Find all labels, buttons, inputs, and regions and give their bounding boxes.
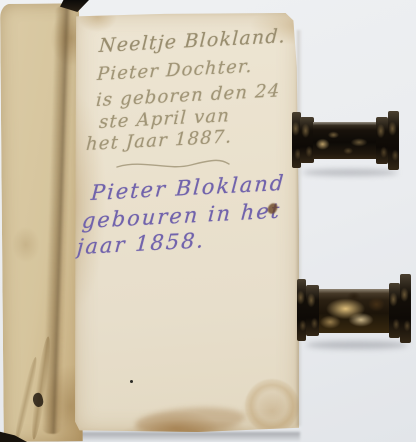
clasp-inner-right-plate (389, 283, 400, 338)
clasp-bar (319, 289, 389, 333)
clasp-inner-left-plate (306, 285, 319, 336)
handwritten-page: Neeltje Blokland. Pieter Dochter. is geb… (75, 13, 299, 432)
page-edge-shadow (297, 30, 302, 426)
clasp-bar (313, 122, 377, 159)
clasp-inner-right-plate (376, 117, 388, 164)
clasp-inner-left-plate (300, 117, 314, 163)
clasp-bottom (296, 272, 411, 343)
inscription-line-purple-3: jaar 1858. (76, 228, 206, 259)
clasp-top (291, 109, 399, 172)
inscription-line-faded-1: Neeltje Blokland. (98, 25, 286, 57)
photo-antique-book: Neeltje Blokland. Pieter Dochter. is geb… (0, 0, 416, 442)
clasp-outer-right-plate (400, 274, 411, 343)
ink-speck (130, 380, 133, 383)
flourish-underline (113, 157, 233, 173)
fingerprint-stain (245, 379, 299, 433)
inscription-line-faded-2: Pieter Dochter. (96, 56, 253, 85)
clasp-outer-right-plate (388, 111, 399, 170)
clasp-outer-left-plate (297, 279, 306, 341)
